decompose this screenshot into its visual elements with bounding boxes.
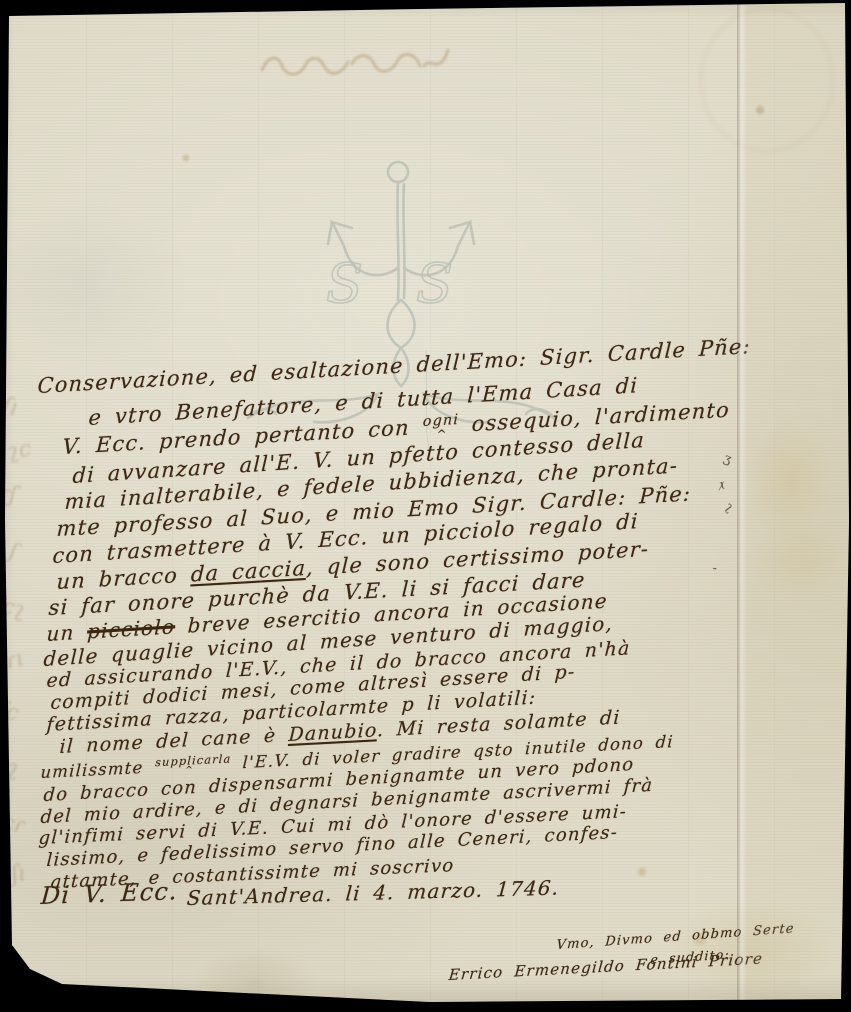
manuscript-scan: S S ſı ʅc ɾʃ ʃ cʅ ɾı ʃc ʅ cɾ ʃı ʒ ɩ̷ ʅ ‚… [0, 0, 851, 1012]
edge-shading [0, 0, 851, 1012]
paper-sheet: S S ſı ʅc ɾʃ ʃ cʅ ɾı ʃc ʅ cɾ ʃı ʒ ɩ̷ ʅ ‚… [0, 0, 851, 1012]
